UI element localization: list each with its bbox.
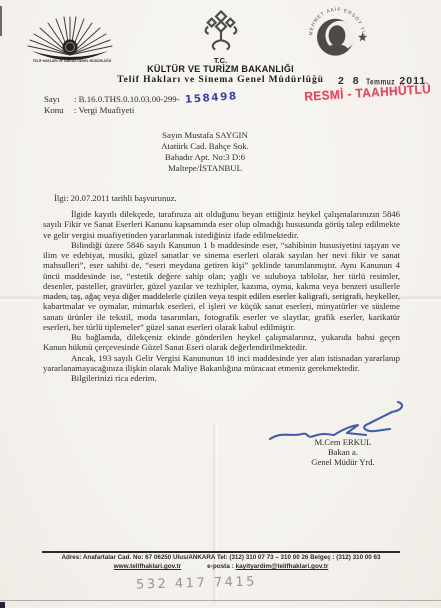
handwritten-phone-number: 532 417 7415 bbox=[136, 574, 257, 592]
letter-body: İlgide kayıtlı dilekçede, tarafınıza ait… bbox=[43, 209, 400, 383]
scanned-letter-page: TELİF HAKLARI VE SİNEMA GENEL MÜDÜRLÜĞÜ … bbox=[0, 0, 441, 608]
body-paragraph: Bu bağlamda, dilekçeniz ekinde gönderile… bbox=[43, 332, 400, 353]
footer-contact-line: www.telifhaklari.gov.tre-posta : kayitya… bbox=[30, 563, 412, 570]
document-meta: Sayı: B.16.0.THS.0.10.03.00-299-158498 K… bbox=[44, 94, 237, 115]
recipient-building: Bahadır Apt. No:3 D:6 bbox=[120, 152, 290, 163]
scan-edge-artifact-bottom bbox=[0, 600, 441, 601]
scan-corner-artifact bbox=[0, 602, 5, 608]
sayi-row: Sayı: B.16.0.THS.0.10.03.00-299-158498 bbox=[44, 94, 237, 105]
body-paragraph: Ancak, 193 sayılı Gelir Vergisi Kanununu… bbox=[43, 353, 400, 374]
star-icon bbox=[358, 32, 367, 41]
date-stamp-day: 2 8 bbox=[338, 75, 362, 87]
signatory-name: M.Cem ERKUL bbox=[294, 437, 392, 447]
footer-email-link: kayityardim@telifhaklari.gov.tr bbox=[236, 563, 329, 570]
sayi-value: : B.16.0.THS.0.10.03.00-299- bbox=[74, 94, 180, 104]
footer-email-label: e-posta : bbox=[207, 563, 234, 570]
reference-line: İlgi: 20.07.2011 tarihli başvurunuz. bbox=[54, 193, 177, 203]
konu-row: Konu: Vergi Muafiyeti bbox=[44, 105, 237, 116]
footer-address-line: Adres: Anafartalar Cad. No: 67 06250 Ulu… bbox=[34, 554, 408, 561]
body-paragraph: Bilgilerinizi rica ederim. bbox=[43, 373, 400, 383]
body-paragraph: Bilindiği üzere 5846 sayılı Kanunun 1 b … bbox=[43, 240, 400, 332]
signatory-title-2: Genel Müdür Yrd. bbox=[294, 457, 392, 467]
konu-value: : Vergi Muafiyeti bbox=[74, 105, 134, 115]
recipient-city: Maltepe/İSTANBUL bbox=[120, 163, 290, 174]
handwritten-signature-icon bbox=[262, 395, 408, 443]
sayi-handwritten-number: 158498 bbox=[184, 91, 237, 105]
recipient-name: Sayın Mustafa SAYGIN bbox=[120, 130, 290, 141]
scan-edge-artifact-left bbox=[0, 6, 2, 36]
signatory-title-1: Bakan a. bbox=[294, 447, 392, 457]
ministry-emblem-icon bbox=[199, 10, 243, 56]
mehmet-akif-ersoy-year-stamp-icon: MEHMET AKİF ERSOY YILI bbox=[305, 2, 369, 66]
signature-block: M.Cem ERKUL Bakan a. Genel Müdür Yrd. bbox=[294, 437, 392, 468]
body-paragraph: İlgide kayıtlı dilekçede, tarafınıza ait… bbox=[43, 209, 400, 240]
footer-divider bbox=[42, 551, 400, 553]
footer-website-link: www.telifhaklari.gov.tr bbox=[114, 563, 181, 570]
recipient-block: Sayın Mustafa SAYGIN Atatürk Cad. Bahçe … bbox=[120, 130, 290, 174]
sayi-label: Sayı bbox=[44, 94, 74, 105]
registered-mail-stamp: RESMİ - TAAHHÜTLÜ bbox=[304, 82, 428, 104]
open-book-logo-icon bbox=[22, 13, 118, 61]
konu-label: Konu bbox=[44, 105, 74, 116]
recipient-street: Atatürk Cad. Bahçe Sok. bbox=[120, 141, 290, 152]
